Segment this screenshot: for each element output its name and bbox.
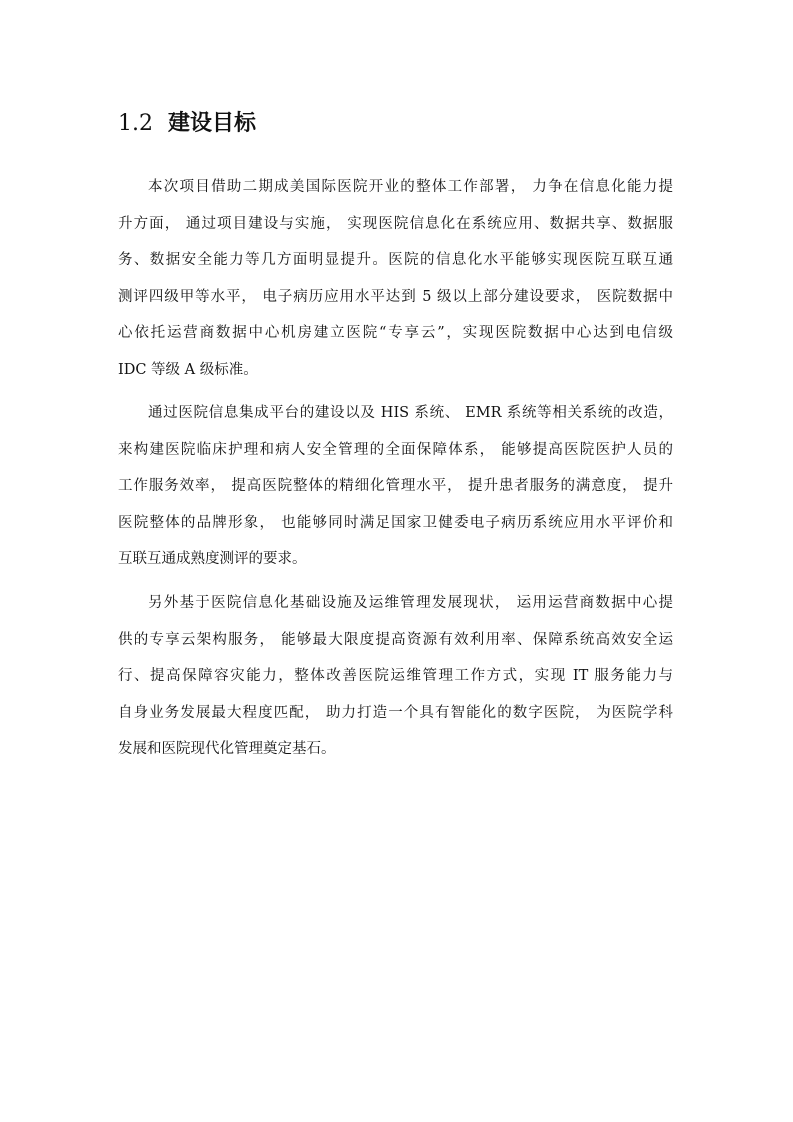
paragraph-line: 工作服务效率， 提高医院整体的精细化管理水平， 提升患者服务的满意度， 提升: [118, 468, 673, 505]
section-heading: 1.2 建设目标: [118, 108, 256, 140]
paragraph-line: 供的专享云架构服务， 能够最大限度提高资源有效利用率、保障系统高效安全运: [118, 622, 673, 659]
paragraph-1: 本次项目借助二期成美国际医院开业的整体工作部署， 力争在信息化能力提 升方面， …: [118, 169, 673, 389]
paragraph-line: 本次项目借助二期成美国际医院开业的整体工作部署， 力争在信息化能力提: [118, 169, 673, 206]
section-title: 建设目标: [168, 111, 256, 136]
paragraph-line: 医院整体的品牌形象， 也能够同时满足国家卫健委电子病历系统应用水平评价和: [118, 505, 673, 542]
paragraph-line: 互联互通成熟度测评的要求。: [118, 541, 673, 578]
paragraph-line: 心依托运营商数据中心机房建立医院“专享云”，实现医院数据中心达到电信级: [118, 315, 673, 352]
paragraph-line: 测评四级甲等水平， 电子病历应用水平达到 5 级以上部分建设要求， 医院数据中: [118, 279, 673, 316]
paragraph-3: 另外基于医院信息化基础设施及运维管理发展现状， 运用运营商数据中心提 供的专享云…: [118, 585, 673, 768]
paragraph-line: 自身业务发展最大程度匹配， 助力打造一个具有智能化的数字医院， 为医院学科: [118, 695, 673, 732]
paragraph-2: 通过医院信息集成平台的建设以及 HIS 系统、 EMR 系统等相关系统的改造， …: [118, 395, 673, 578]
paragraph-line: 发展和医院现代化管理奠定基石。: [118, 731, 673, 768]
paragraph-line: 通过医院信息集成平台的建设以及 HIS 系统、 EMR 系统等相关系统的改造，: [118, 395, 673, 432]
section-number: 1.2: [118, 111, 153, 136]
paragraph-line: 行、提高保障容灾能力，整体改善医院运维管理工作方式，实现 IT 服务能力与: [118, 658, 673, 695]
paragraph-line: 另外基于医院信息化基础设施及运维管理发展现状， 运用运营商数据中心提: [118, 585, 673, 622]
paragraph-line: 来构建医院临床护理和病人安全管理的全面保障体系， 能够提高医院医护人员的: [118, 432, 673, 469]
paragraph-line: 升方面， 通过项目建设与实施， 实现医院信息化在系统应用、数据共享、数据服: [118, 206, 673, 243]
paragraph-line: IDC 等级 A 级标准。: [118, 352, 673, 389]
paragraph-line: 务、数据安全能力等几方面明显提升。医院的信息化水平能够实现医院互联互通: [118, 242, 673, 279]
